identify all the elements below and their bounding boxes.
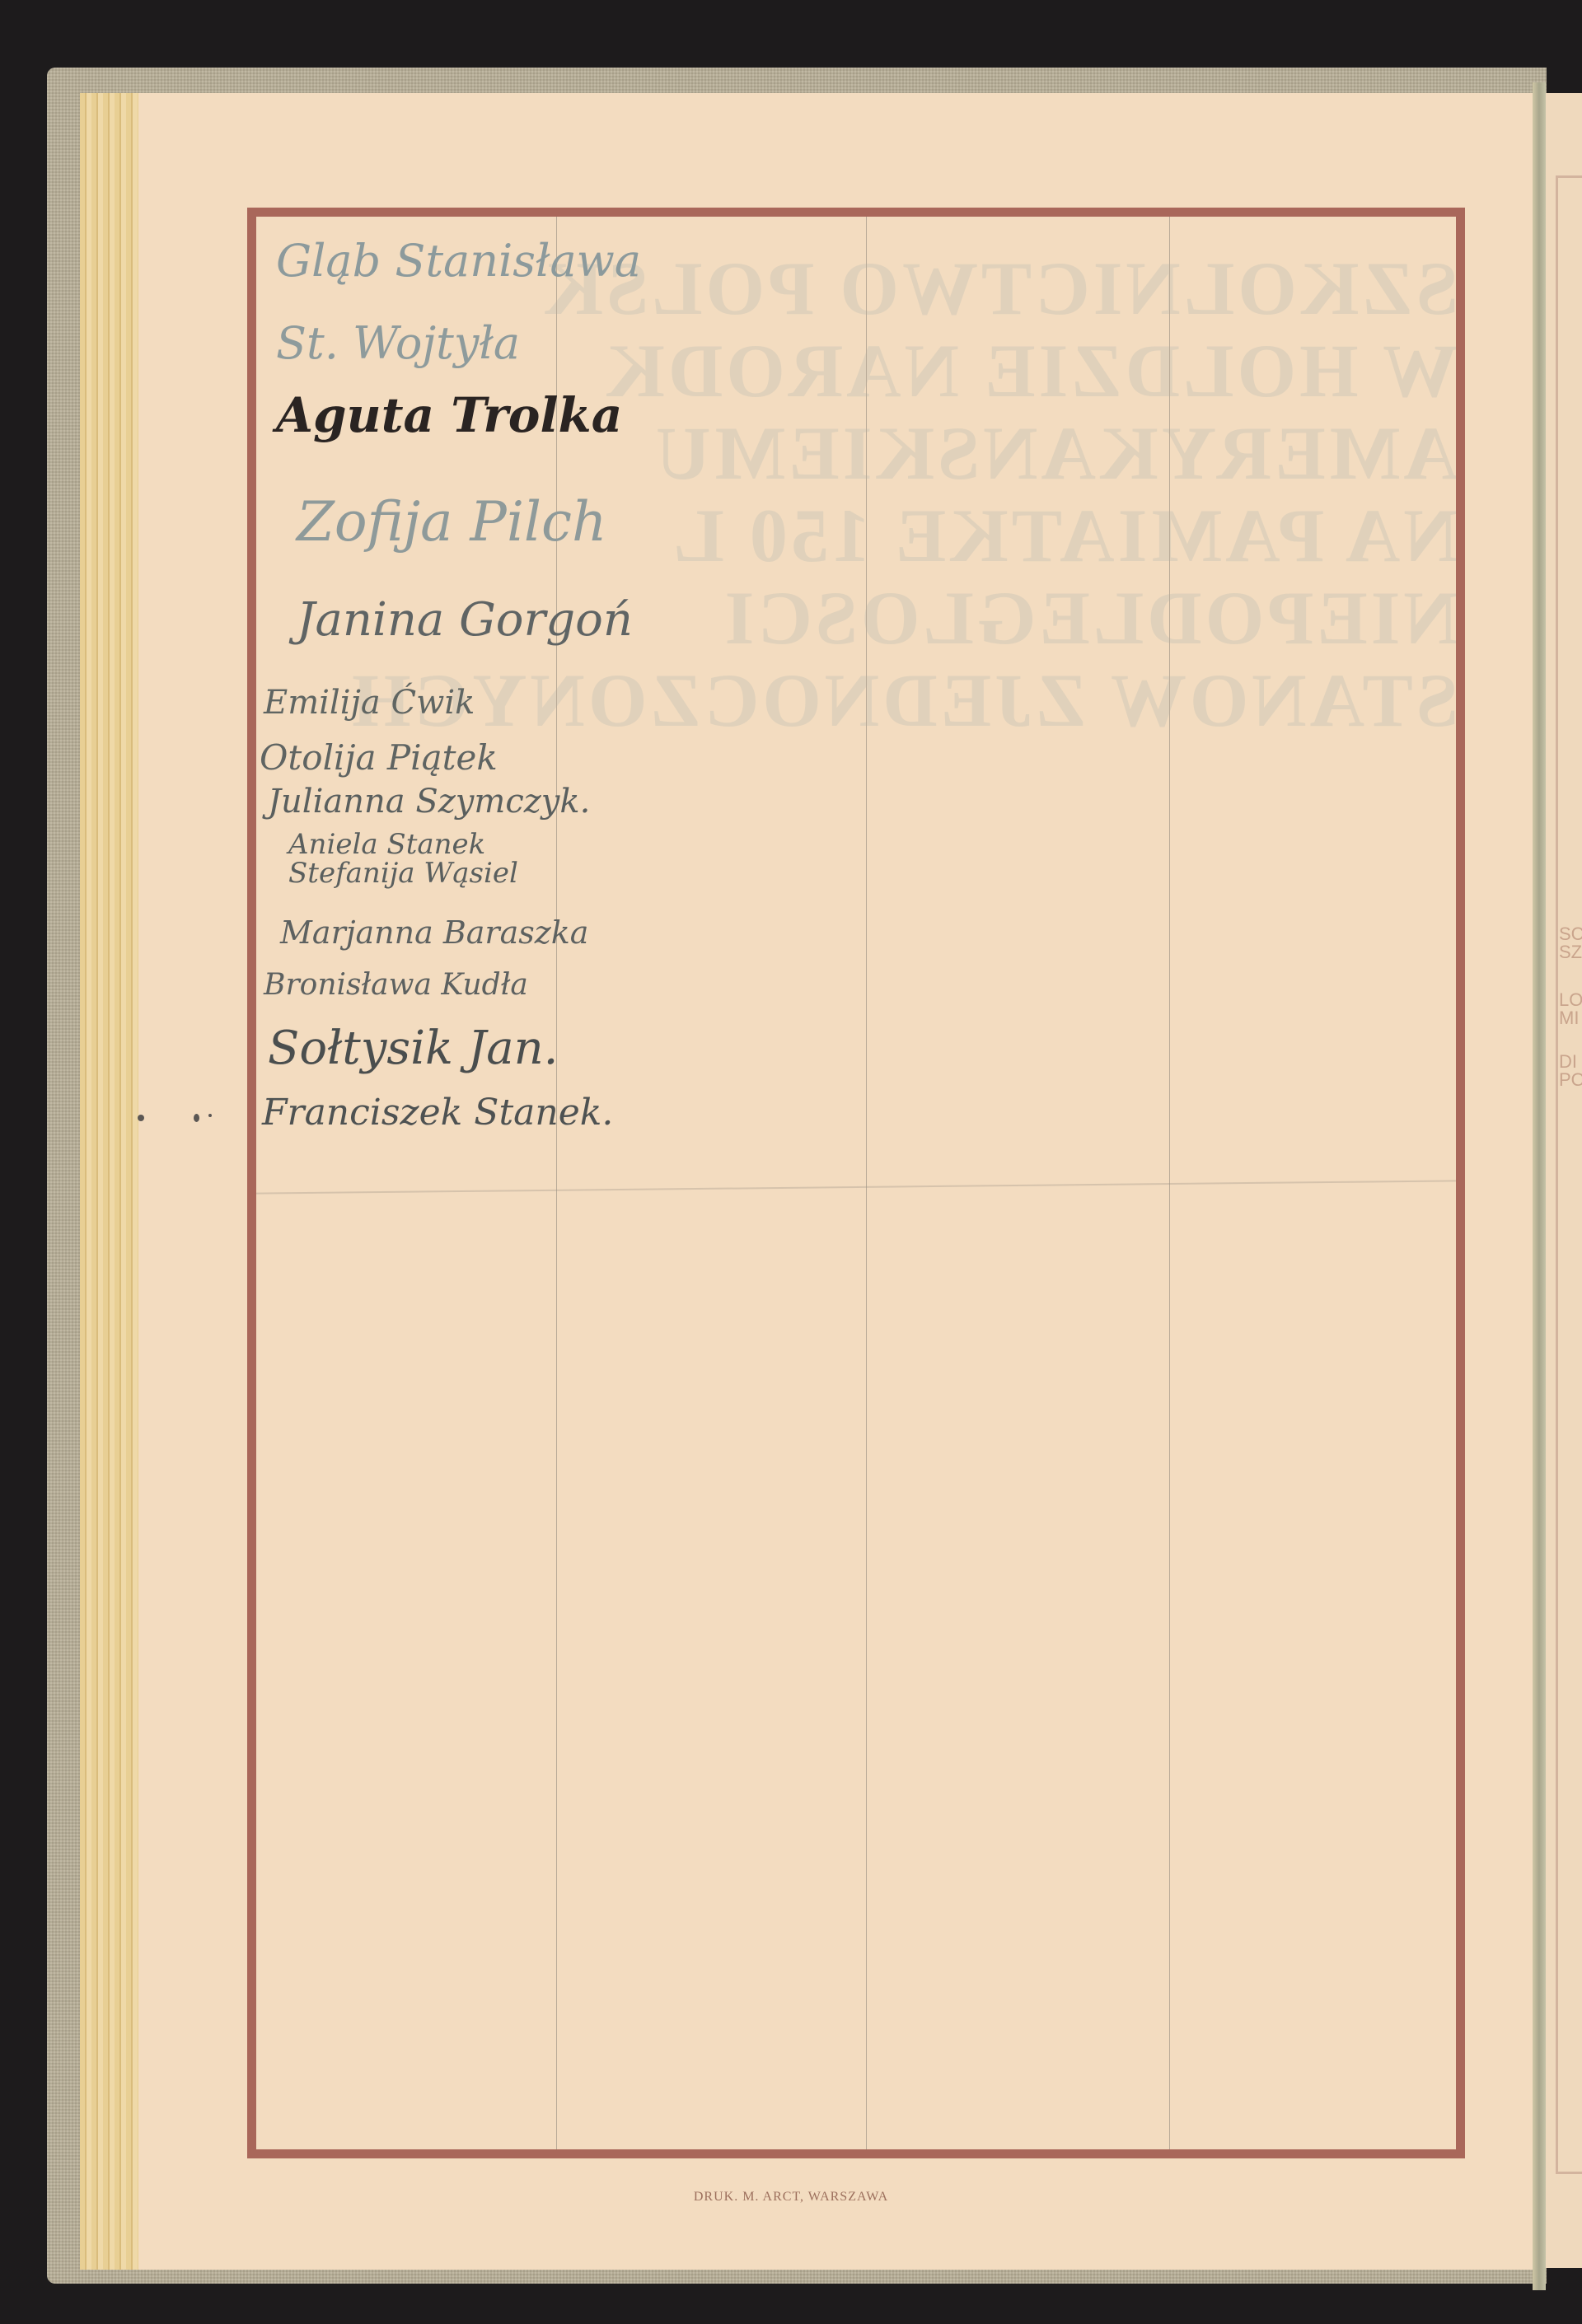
signature: Sołtysik Jan. bbox=[268, 1022, 558, 1075]
signature: Bronisława Kudła bbox=[264, 968, 528, 1002]
signature: Julianna Szymczyk. bbox=[268, 783, 590, 821]
signature: Aniela Stanek bbox=[288, 828, 485, 861]
adjacent-page-label: SC SZ bbox=[1559, 925, 1582, 961]
signature: Zofija Pilch bbox=[297, 490, 607, 554]
column-divider bbox=[866, 217, 867, 2149]
signature: Otolija Piątek bbox=[260, 737, 498, 778]
signature: Aguta Trolka bbox=[276, 387, 622, 443]
signature: Gląb Stanisława bbox=[276, 235, 641, 287]
adjacent-page-edge: SC SZ LO MI DI PO bbox=[1546, 93, 1582, 2268]
adjacent-page-frame bbox=[1556, 175, 1582, 2174]
signature: Emilija Ćwik bbox=[264, 684, 475, 722]
ink-spot bbox=[194, 1114, 199, 1122]
printer-imprint: DRUK. M. ARCT, WARSZAWA bbox=[0, 2190, 1582, 2205]
signature: Stefanija Wąsiel bbox=[288, 857, 518, 890]
binding-gutter bbox=[1533, 82, 1546, 2290]
signature: Franciszek Stanek. bbox=[262, 1092, 613, 1134]
adjacent-page-label: DI PO bbox=[1559, 1053, 1582, 1089]
signature: Marjanna Baraszka bbox=[280, 914, 588, 951]
ink-spot bbox=[138, 1115, 144, 1121]
adjacent-page-label: LO MI bbox=[1559, 991, 1582, 1027]
page-edges bbox=[80, 93, 139, 2270]
ink-spot bbox=[208, 1114, 212, 1117]
signature: St. Wojtyła bbox=[276, 317, 520, 369]
signature: Janina Gorgoń bbox=[297, 593, 633, 647]
